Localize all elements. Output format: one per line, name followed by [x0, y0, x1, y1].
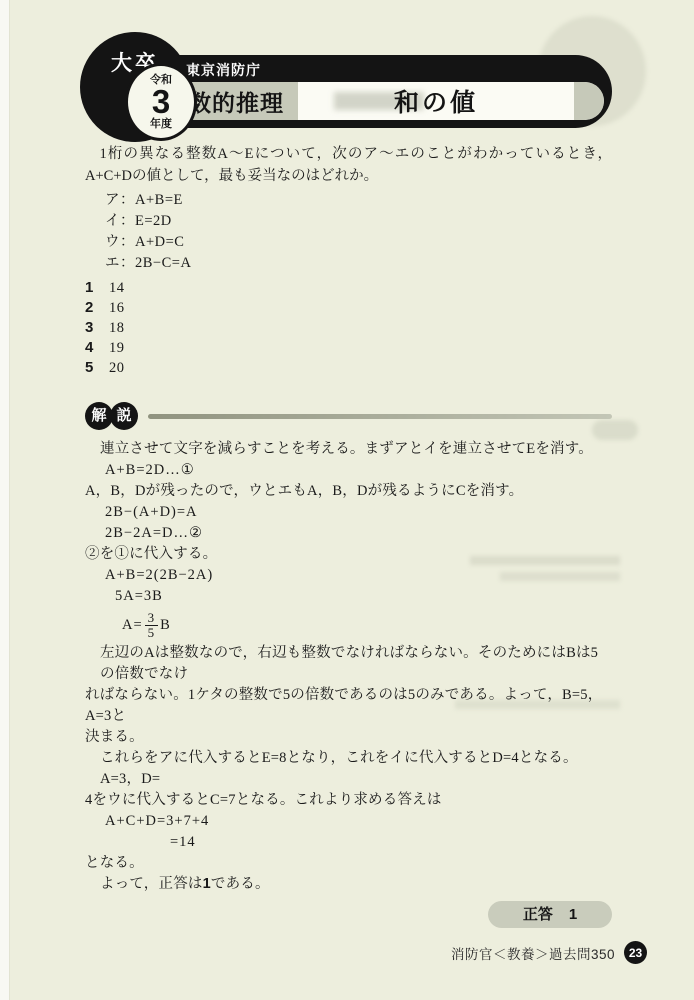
equation-line: A+B=2D…① — [105, 460, 612, 481]
choice-value: 18 — [109, 318, 125, 338]
choice-list: 1 14 2 16 3 18 4 19 5 20 — [85, 278, 612, 378]
explanation-header: 解 説 — [85, 401, 612, 431]
explanation-badge-icon: 説 — [110, 402, 138, 430]
choice-row-5: 5 20 — [85, 358, 612, 378]
conclusion-pre: よって，正答は — [100, 876, 203, 892]
choice-number: 1 — [85, 278, 103, 298]
problem-statement: 1桁の異なる整数A～Eについて，次のア～エのことがわかっているとき，A+C+Dの… — [85, 143, 612, 187]
fraction: 3 5 — [145, 611, 159, 640]
book-page: 東京消防庁 数的推理 和の値 大卒 令和 3 年度 1桁の異なる整数A～Eについ… — [0, 0, 694, 1000]
agency-label: 東京消防庁 — [186, 60, 261, 80]
fraction-denominator: 5 — [145, 625, 159, 640]
condition-a: ア：A+B=E — [105, 190, 612, 211]
answer-label: 正答 — [523, 904, 553, 926]
explanation-line: 連立させて文字を減らすことを考える。まずアとイを連立させてEを消す。 — [100, 439, 612, 460]
explanation-line: 決まる。 — [85, 727, 612, 748]
equation-line: 2B−(A+D)=A — [105, 502, 612, 523]
explanation-line: ればならない。1ケタの整数で5の倍数であるのは5のみである。よって，B=5，A=… — [85, 685, 612, 727]
header-title-bar: 東京消防庁 数的推理 和の値 — [148, 55, 612, 128]
book-title: 消防官＜教養＞過去問350 — [451, 943, 615, 963]
page-content: 1桁の異なる整数A～Eについて，次のア～エのことがわかっているとき，A+C+Dの… — [85, 143, 612, 928]
explanation-badge-icon: 解 — [85, 402, 113, 430]
fraction-post: B — [160, 615, 171, 636]
page-number-badge: 23 — [624, 941, 647, 964]
choice-number: 3 — [85, 318, 103, 338]
choice-value: 14 — [109, 278, 125, 298]
choice-value: 20 — [109, 358, 125, 378]
choice-row-4: 4 19 — [85, 338, 612, 358]
header-title-strip: 数的推理 和の値 — [174, 82, 604, 120]
choice-row-3: 3 18 — [85, 318, 612, 338]
fraction-equation: A= 3 5 B — [122, 607, 612, 643]
explanation-line: 左辺のAは整数なので，右辺も整数でなければならない。そのためにはBは5の倍数でな… — [100, 643, 612, 685]
era-suffix: 年度 — [150, 118, 172, 131]
era-year: 3 — [152, 86, 170, 118]
equation-line: A+B=2(2B−2A) — [105, 565, 612, 586]
choice-number: 5 — [85, 358, 103, 378]
choice-number: 4 — [85, 338, 103, 358]
answer-value: 1 — [569, 904, 577, 926]
choice-value: 19 — [109, 338, 125, 358]
strip-right-block — [574, 82, 604, 120]
conclusion-answer-number: 1 — [203, 876, 211, 892]
conclusion-post: である。 — [211, 876, 270, 892]
equation-line: 5A=3B — [115, 586, 612, 607]
era-year-badge: 令和 3 年度 — [125, 63, 197, 141]
explanation-line: となる。 — [85, 853, 612, 874]
fraction-numerator: 3 — [145, 611, 159, 625]
condition-e: エ：2B−C=A — [105, 253, 612, 274]
fraction-pre: A= — [122, 615, 143, 636]
choice-value: 16 — [109, 298, 125, 318]
condition-u: ウ：A+D=C — [105, 232, 612, 253]
condition-i: イ：E=2D — [105, 211, 612, 232]
lesson-title: 和の値 — [298, 83, 574, 119]
explanation-line: A，B，Dが残ったので，ウとエもA，B，Dが残るようにCを消す。 — [85, 481, 612, 502]
answer-badge-row: 正答 1 — [85, 901, 612, 928]
explanation-line: これらをアに代入するとE=8となり，これをイに代入するとD=4となる。A=3，D… — [100, 748, 612, 790]
explanation-line: 4をウに代入するとC=7となる。これより求める答えは — [85, 790, 612, 811]
equation-line: 2B−2A=D…② — [105, 523, 612, 544]
choice-row-2: 2 16 — [85, 298, 612, 318]
page-footer: 消防官＜教養＞過去問350 23 — [451, 941, 647, 964]
condition-list: ア：A+B=E イ：E=2D ウ：A+D=C エ：2B−C=A — [105, 190, 612, 274]
conclusion-line: よって，正答は1である。 — [100, 874, 612, 895]
choice-number: 2 — [85, 298, 103, 318]
correct-answer-badge: 正答 1 — [488, 901, 612, 928]
choice-row-1: 1 14 — [85, 278, 612, 298]
explanation-line: ②を①に代入する。 — [85, 544, 612, 565]
equation-line: =14 — [170, 832, 612, 853]
explanation-divider-line — [148, 414, 612, 419]
page-left-edge — [0, 0, 10, 1000]
equation-line: A+C+D=3+7+4 — [105, 811, 612, 832]
explanation-body: 連立させて文字を減らすことを考える。まずアとイを連立させてEを消す。 A+B=2… — [85, 439, 612, 895]
